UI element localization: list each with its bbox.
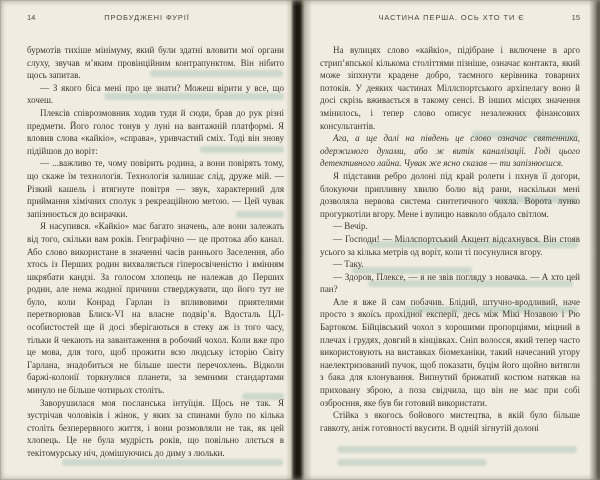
paragraph: Стійка з якогось бойового мистецтва, в я… — [320, 409, 580, 434]
running-head-left: ПРОБУДЖЕНІ ФУРІЇ — [0, 13, 294, 22]
paragraph: — Таку. — [320, 258, 580, 271]
paragraph: — З якого біса мені про це знати? Можеш … — [27, 82, 284, 107]
paragraph: Але я вже й сам побачив. Блідий, штучно-… — [320, 296, 580, 409]
paragraph: Я підставив ребро долоні під край ролети… — [320, 170, 580, 220]
page-number-right: 15 — [572, 13, 580, 22]
page-right-header: ЧАСТИНА ПЕРША. ОСЬ ХТО ТИ Є 15 — [303, 13, 600, 22]
book-scan: { "colors": { "paper": "#f1ece1", "ink":… — [0, 0, 600, 480]
page-left-header: 14 ПРОБУДЖЕНІ ФУРІЇ — [0, 13, 294, 22]
page-right: ЧАСТИНА ПЕРША. ОСЬ ХТО ТИ Є 15 На вулиця… — [303, 0, 600, 480]
paragraph: — Здоров, Плексе, — я не звів погляду з … — [320, 271, 580, 296]
paragraph: — ...важливо те, чому повірить родина, а… — [27, 157, 284, 220]
paragraph: Заворушилася моя посланська інтуїція. Що… — [27, 397, 284, 460]
running-head-right: ЧАСТИНА ПЕРША. ОСЬ ХТО ТИ Є — [303, 13, 600, 22]
paragraph: Я насупився. «Кайкіо» має багато значень… — [27, 220, 284, 396]
paragraph: Плексів співрозмовник ходив туди й сюди,… — [27, 107, 284, 157]
paragraph: Ага, а ще далі на південь це слово означ… — [320, 132, 580, 170]
page-right-text: На вулицях слово «кайкіо», підібране і в… — [320, 44, 580, 434]
paragraph: — Вечір. — [320, 220, 580, 233]
paragraph: — Господи! — Міллспортський Акцент відса… — [320, 233, 580, 258]
paragraph: бурмотів тихіше мінімуму, який були здат… — [27, 44, 284, 82]
page-number-left: 14 — [27, 13, 35, 22]
page-left: 14 ПРОБУДЖЕНІ ФУРІЇ бурмотів тихіше міні… — [0, 0, 294, 480]
page-left-text: бурмотів тихіше мінімуму, який були здат… — [27, 44, 284, 460]
paragraph: На вулицях слово «кайкіо», підібране і в… — [320, 44, 580, 132]
